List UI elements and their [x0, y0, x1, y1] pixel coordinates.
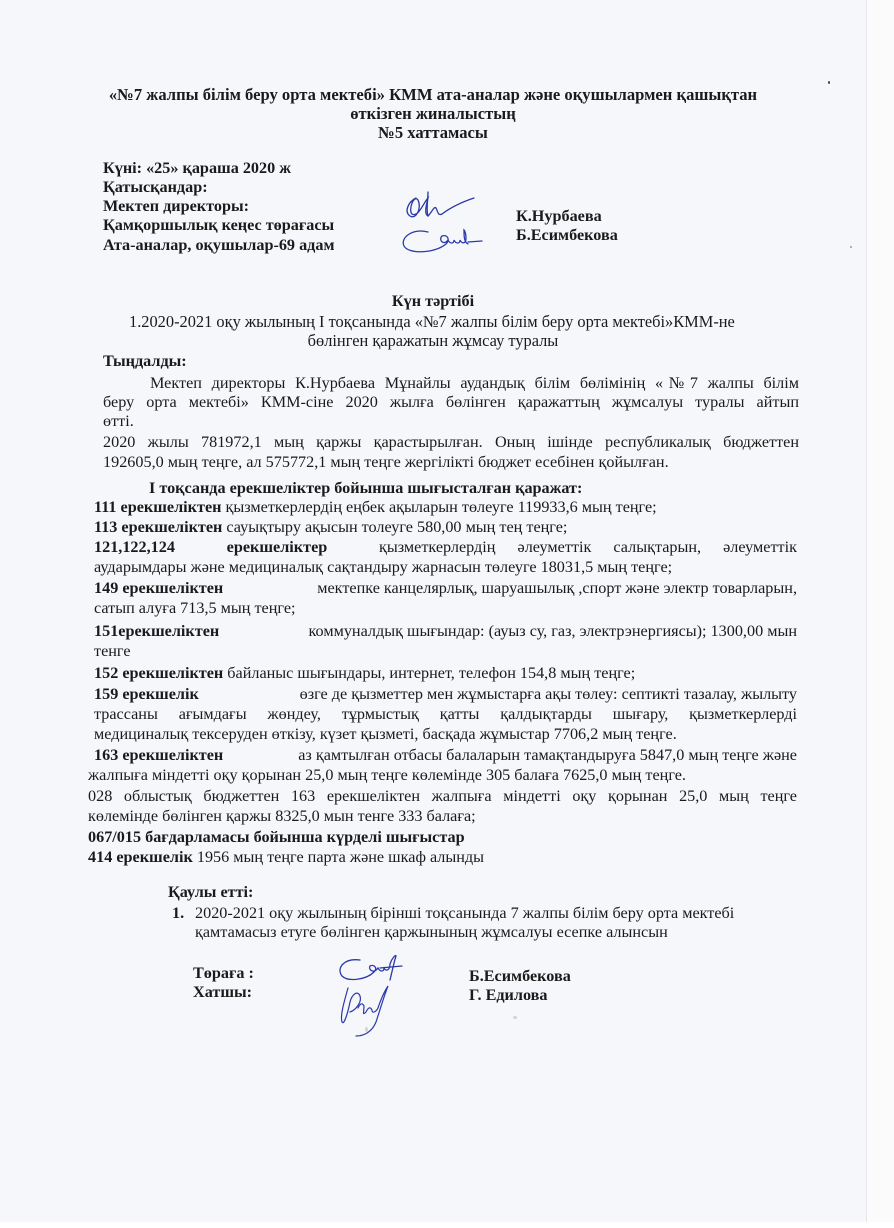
expense-item-159-line-3: медициналық тексеруден өткізу, күзет қыз…	[94, 724, 677, 744]
expense-code: 152 ерекшеліктен	[94, 664, 223, 682]
chair-name: Б.Есимбекова	[469, 966, 571, 986]
secretary-name: Г. Едилова	[469, 985, 548, 1005]
expense-text: мектепке канцелярлық, шаруашылық ,спорт …	[317, 578, 797, 598]
scan-speck	[513, 1016, 517, 1019]
heard-label: Тыңдалды:	[103, 351, 187, 371]
expense-item-159: 159 ерекшелік өзге де қызметтер мен жұмы…	[94, 684, 797, 704]
expense-code: 121,122,124	[94, 537, 175, 557]
expense-text: сауықтыру ақысын толеуге 580,00 мың тең …	[226, 518, 567, 536]
expense-text: қызметкерлердің әлеуметтік салықтарын, ә…	[379, 537, 797, 557]
scan-speck	[850, 246, 852, 248]
participant-role-chair: Қамқоршылық кеңес төрағасы	[103, 215, 334, 235]
document-title-line-2: өткізген жиналыстың	[0, 104, 866, 124]
expense-code: 414 ерекшелік	[88, 848, 193, 866]
scan-speck	[828, 81, 830, 84]
regional-budget-line-2: көлемінде бөлінген қаржы 8325,0 мын тенг…	[88, 806, 476, 826]
capital-item-414: 414 ерекшелік 1956 мың теңге парта және …	[88, 847, 484, 867]
expense-code: 159 ерекшелік	[94, 684, 199, 704]
document-title-line-3: №5 хаттамасы	[0, 123, 866, 143]
document-title-line-1: «№7 жалпы білім беру орта мектебі» КММ а…	[0, 85, 866, 105]
participants-label: Қатысқандар:	[103, 177, 208, 197]
expense-text: қызметкерлердің еңбек ақыларын төлеуге 1…	[226, 498, 657, 516]
participant-name-chair: Б.Есимбекова	[516, 225, 618, 245]
budget-line-2: 192605,0 мың теңге, ал 575772,1 мың теңг…	[103, 452, 669, 472]
scan-bottom-edge	[0, 1222, 894, 1228]
expense-text: өзге де қызметтер мен жұмыстарға ақы төл…	[300, 684, 797, 704]
capital-expenses-heading: 067/015 бағдарламасы бойынша күрделі шығ…	[88, 827, 465, 847]
expense-item-151-line-2: тенге	[94, 641, 131, 661]
expense-item-149: 149 ерекшеліктен мектепке канцелярлық, ш…	[94, 578, 797, 598]
resolution-item-line-1: 2020-2021 оқу жылының бірінші тоқсанында…	[195, 903, 734, 923]
heard-intro-line-3: өтті.	[103, 411, 134, 431]
expense-item-152: 152 ерекшеліктен байланыс шығындары, инт…	[94, 663, 635, 683]
agenda-item-line-2: бөлінген қаражатын жұмсау туралы	[0, 331, 866, 351]
expense-text: аз қамтылған отбасы балаларын тамақтанды…	[298, 745, 797, 765]
expense-code: 151ерекшеліктен	[94, 621, 219, 641]
expense-item-163-line-2: жалпыға міндетті оқу қорынан 25,0 мың те…	[88, 765, 686, 785]
expense-item-121-line-2: аударымдары және медициналық сақтандыру …	[94, 557, 672, 577]
secretary-label: Хатшы:	[193, 982, 252, 1002]
expense-item-111: 111 ерекшеліктен қызметкерлердің еңбек а…	[94, 497, 657, 517]
meeting-date: Күні: «25» қараша 2020 ж	[103, 158, 291, 178]
resolution-item-line-2: қамтамасыз етуге бөлінген қаржынының жұм…	[195, 922, 668, 942]
regional-budget-line-1: 028 облыстық бюджеттен 163 ерекшеліктен …	[88, 786, 797, 806]
scan-edge-strip	[866, 0, 894, 1222]
heard-intro-line-2: беру орта мектебі» КММ-сіне 2020 жылға б…	[103, 392, 799, 412]
expense-item-151: 151ерекшеліктен коммуналдық шығындар: (а…	[94, 621, 797, 641]
expense-item-159-line-2: трассаны ағымдағы жөндеу, тұрмыстық қатт…	[94, 704, 797, 724]
expense-text: байланыс шығындары, интернет, телефон 15…	[227, 664, 635, 682]
heard-intro-line-1: Мектеп директоры К.Нурбаева Мұнайлы ауда…	[150, 373, 799, 393]
expense-code: 163 ерекшеліктен	[94, 745, 223, 765]
participant-role-parents: Ата-аналар, оқушылар-69 адам	[103, 235, 334, 255]
participant-role-director: Мектеп директоры:	[103, 196, 249, 216]
expense-code: 111 ерекшеліктен	[94, 498, 221, 516]
expense-item-113: 113 ерекшеліктен сауықтыру ақысын толеуг…	[94, 517, 567, 537]
expense-code: 149 ерекшеліктен	[94, 578, 223, 598]
resolution-label: Қаулы етті:	[168, 882, 253, 902]
expense-code: 113 ерекшеліктен	[94, 518, 222, 536]
budget-line-1: 2020 жылы 781972,1 мың қаржы қарастырылғ…	[103, 432, 799, 452]
resolution-item-number: 1.	[172, 903, 184, 923]
scan-speck	[365, 1027, 368, 1032]
expense-text: 1956 мың теңге парта және шкаф алынды	[197, 848, 484, 866]
expense-item-149-line-2: сатып алуға 713,5 мың теңге;	[94, 598, 296, 618]
signature-secretary-icon	[336, 982, 396, 1047]
scanned-page: «№7 жалпы білім беру орта мектебі» КММ а…	[0, 0, 866, 1222]
expense-code-suffix: ерекшеліктер	[227, 537, 328, 557]
expense-item-121-122-124: 121,122,124 ерекшеліктер қызметкерлердің…	[94, 537, 797, 557]
expense-item-163: 163 ерекшеліктен аз қамтылған отбасы бал…	[94, 745, 797, 765]
signature-chair-icon	[398, 222, 488, 263]
agenda-item-line-1: 1.2020-2021 оқу жылының І тоқсанында «№7…	[129, 312, 735, 332]
chair-label: Төраға :	[193, 963, 254, 983]
expense-text: коммуналдық шығындар: (ауыз су, газ, эле…	[309, 621, 798, 641]
agenda-heading: Күн тәртібі	[0, 291, 866, 311]
participant-name-director: К.Нурбаева	[516, 206, 602, 226]
expenses-heading: І тоқсанда ерекшеліктер бойынша шығыстал…	[149, 478, 582, 498]
